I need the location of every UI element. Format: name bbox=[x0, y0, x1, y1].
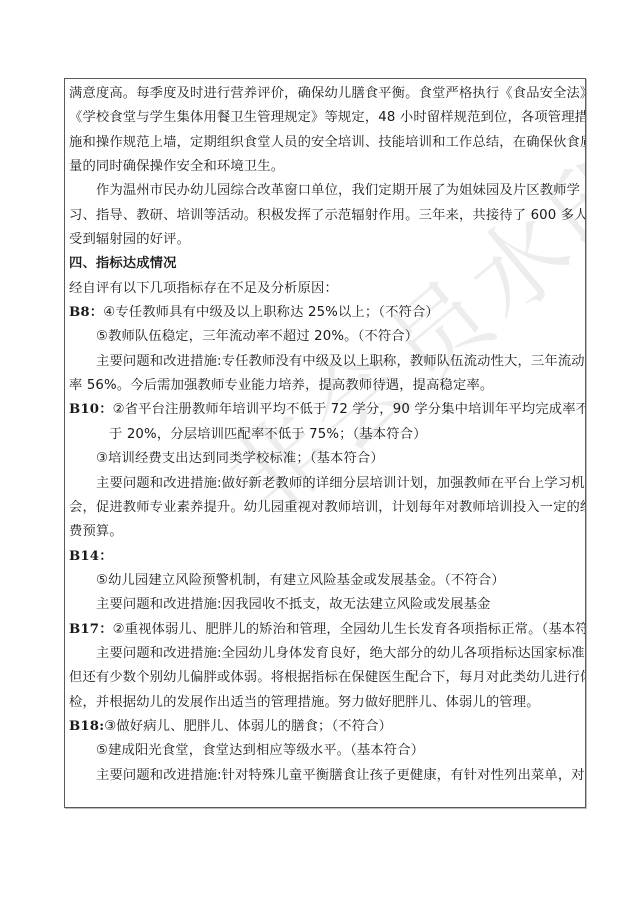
line-text: 作为温州市民办幼儿园综合改革窗口单位，我们定期开展了为姐妹园及片区教师学 bbox=[96, 183, 580, 198]
paragraph-line: 主要问题和改进措施:专任教师没有中级及以上职称，教师队伍流动性大，三年流动 bbox=[69, 350, 581, 374]
paragraph-line: 作为温州市民办幼儿园综合改革窗口单位，我们定期开展了为姐妹园及片区教师学 bbox=[69, 179, 581, 203]
paragraph-line: 施和操作规范上墙，定期组织食堂人员的安全培训、技能培训和工作总结，在确保伙食质 bbox=[69, 131, 581, 155]
indicator-b10: B10：②省平台注册教师年培训平均不低于 72 学分，90 学分集中培训年平均完… bbox=[69, 398, 581, 422]
line-text: 量的同时确保操作安全和环境卫生。 bbox=[69, 159, 284, 174]
line-text: 主要问题和改进措施:因我园收不抵支，故无法建立风险或发展基金 bbox=[96, 597, 491, 612]
line-text: 主要问题和改进措施:专任教师没有中级及以上职称，教师队伍流动性大，三年流动 bbox=[96, 354, 585, 369]
line-text: ⑤幼儿园建立风险预警机制，有建立风险基金或发展基金。（不符合） bbox=[96, 573, 505, 588]
line-text: ②省平台注册教师年培训平均不低于 72 学分，90 学分集中培训年平均完成率不低 bbox=[113, 402, 586, 417]
line-text: 主要问题和改进措施:针对特殊儿童平衡膳食让孩子更健康，有针对性列出菜单，对 bbox=[96, 768, 585, 783]
section-heading: 四、指标达成情况 bbox=[69, 252, 581, 276]
line-text: 满意度高。每季度及时进行营养评价，确保幼儿膳食平衡。食堂严格执行《食品安全法》 bbox=[69, 86, 586, 101]
indicator-label: B17： bbox=[69, 622, 113, 637]
paragraph-line: 于 20%，分层培训匹配率不低于 75%；（基本符合） bbox=[69, 423, 581, 447]
paragraph-line: 会，促进教师专业素养提升。幼儿园重视对教师培训，计划每年对教师培训投入一定的经 bbox=[69, 496, 581, 520]
paragraph-line: ③培训经费支出达到同类学校标准；（基本符合） bbox=[69, 447, 581, 471]
paragraph-line: 满意度高。每季度及时进行营养评价，确保幼儿膳食平衡。食堂严格执行《食品安全法》 bbox=[69, 82, 581, 106]
line-text: ③做好病儿、肥胖儿、体弱儿的膳食；（不符合） bbox=[104, 719, 392, 734]
text-frame: 非会员水印 满意度高。每季度及时进行营养评价，确保幼儿膳食平衡。食堂严格执行《食… bbox=[64, 78, 586, 808]
paragraph-line: 经自评有以下几项指标存在不足及分析原因： bbox=[69, 277, 581, 301]
document-page: 非会员水印 满意度高。每季度及时进行营养评价，确保幼儿膳食平衡。食堂严格执行《食… bbox=[0, 0, 640, 906]
line-text: 施和操作规范上墙，定期组织食堂人员的安全培训、技能培训和工作总结，在确保伙食质 bbox=[69, 135, 586, 150]
line-text: 费预算。 bbox=[69, 524, 123, 539]
line-text: 受到辐射园的好评。 bbox=[69, 232, 190, 247]
section-title: 四、指标达成情况 bbox=[69, 256, 177, 271]
line-text: 但还有少数个别幼儿偏胖或体弱。将根据指标在保健医生配合下，每月对此类幼儿进行体 bbox=[69, 670, 586, 685]
line-text: 率 56%。今后需加强教师专业能力培养，提高教师待遇，提高稳定率。 bbox=[69, 378, 493, 393]
line-text: 主要问题和改进措施:做好新老教师的详细分层培训计划，加强教师在平台上学习机 bbox=[96, 476, 585, 491]
paragraph-line: 率 56%。今后需加强教师专业能力培养，提高教师待遇，提高稳定率。 bbox=[69, 374, 581, 398]
indicator-b8: B8：④专任教师具有中级及以上职称达 25%以上；（不符合） bbox=[69, 301, 581, 325]
paragraph-line: ⑤幼儿园建立风险预警机制，有建立风险基金或发展基金。（不符合） bbox=[69, 569, 581, 593]
paragraph-line: 主要问题和改进措施:做好新老教师的详细分层培训计划，加强教师在平台上学习机 bbox=[69, 472, 581, 496]
paragraph-line: 费预算。 bbox=[69, 520, 581, 544]
line-text: 习、指导、教研、培训等活动。积极发挥了示范辐射作用。三年来，共接待了 600 多… bbox=[69, 208, 586, 223]
line-text: 检，并根据幼儿的发展作出适当的管理措施。努力做好肥胖儿、体弱儿的管理。 bbox=[69, 695, 540, 710]
paragraph-line: 习、指导、教研、培训等活动。积极发挥了示范辐射作用。三年来，共接待了 600 多… bbox=[69, 204, 581, 228]
line-text: 《学校食堂与学生集体用餐卫生管理规定》等规定，48 小时留样规范到位，各项管理措 bbox=[69, 110, 586, 125]
line-text: ③培训经费支出达到同类学校标准；（基本符合） bbox=[96, 451, 384, 466]
paragraph-line: 主要问题和改进措施:针对特殊儿童平衡膳食让孩子更健康，有针对性列出菜单，对 bbox=[69, 764, 581, 788]
paragraph-line: 但还有少数个别幼儿偏胖或体弱。将根据指标在保健医生配合下，每月对此类幼儿进行体 bbox=[69, 666, 581, 690]
indicator-b14: B14： bbox=[69, 545, 581, 569]
line-text: 主要问题和改进措施:全园幼儿身体发育良好，绝大部分的幼儿各项指标达国家标准。 bbox=[96, 646, 586, 661]
line-text: 于 20%，分层培训匹配率不低于 75%；（基本符合） bbox=[109, 427, 427, 442]
indicator-label: B14： bbox=[69, 549, 113, 564]
line-text: ④专任教师具有中级及以上职称达 25%以上；（不符合） bbox=[103, 305, 439, 320]
line-text: 会，促进教师专业素养提升。幼儿园重视对教师培训，计划每年对教师培训投入一定的经 bbox=[69, 500, 586, 515]
document-body: 满意度高。每季度及时进行营养评价，确保幼儿膳食平衡。食堂严格执行《食品安全法》 … bbox=[69, 82, 581, 788]
indicator-label: B10： bbox=[69, 402, 113, 417]
line-text: ⑤教师队伍稳定，三年流动率不超过 20%。（不符合） bbox=[96, 329, 418, 344]
paragraph-line: 主要问题和改进措施:因我园收不抵支，故无法建立风险或发展基金 bbox=[69, 593, 581, 617]
indicator-label: B8： bbox=[69, 305, 103, 320]
paragraph-line: 量的同时确保操作安全和环境卫生。 bbox=[69, 155, 581, 179]
line-text: ②重视体弱儿、肥胖儿的矫治和管理，全园幼儿生长发育各项指标正常。（基本符合） bbox=[113, 622, 586, 637]
paragraph-line: 主要问题和改进措施:全园幼儿身体发育良好，绝大部分的幼儿各项指标达国家标准。 bbox=[69, 642, 581, 666]
paragraph-line: 《学校食堂与学生集体用餐卫生管理规定》等规定，48 小时留样规范到位，各项管理措 bbox=[69, 106, 581, 130]
indicator-b17: B17：②重视体弱儿、肥胖儿的矫治和管理，全园幼儿生长发育各项指标正常。（基本符… bbox=[69, 618, 581, 642]
paragraph-line: ⑤建成阳光食堂，食堂达到相应等级水平。（基本符合） bbox=[69, 739, 581, 763]
indicator-b18: B18:③做好病儿、肥胖儿、体弱儿的膳食；（不符合） bbox=[69, 715, 581, 739]
paragraph-line: 受到辐射园的好评。 bbox=[69, 228, 581, 252]
paragraph-line: ⑤教师队伍稳定，三年流动率不超过 20%。（不符合） bbox=[69, 325, 581, 349]
line-text: 经自评有以下几项指标存在不足及分析原因： bbox=[69, 281, 338, 296]
indicator-label: B18: bbox=[69, 719, 104, 734]
paragraph-line: 检，并根据幼儿的发展作出适当的管理措施。努力做好肥胖儿、体弱儿的管理。 bbox=[69, 691, 581, 715]
line-text: ⑤建成阳光食堂，食堂达到相应等级水平。（基本符合） bbox=[96, 743, 424, 758]
